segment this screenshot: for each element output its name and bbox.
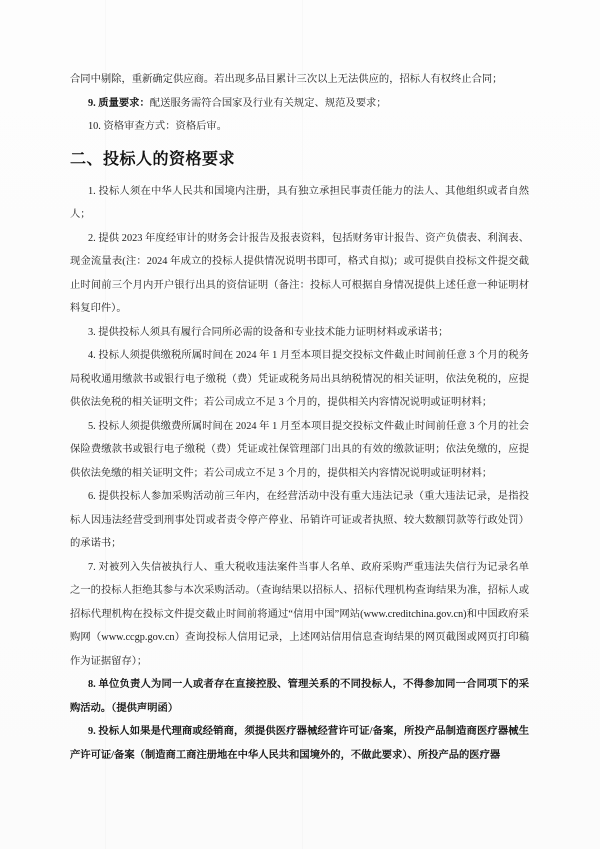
document-page: 合同中剔除，重新确定供应商。若出现多品目累计三次以上无法供应的，招标人有权终止合… bbox=[0, 0, 600, 849]
requirement-item-3: 3. 提供投标人须具有履行合同所必需的设备和专业技术能力证明材料或承诺书； bbox=[70, 321, 529, 345]
section-heading-bidder-qualifications: 二、投标人的资格要求 bbox=[70, 147, 529, 173]
requirement-item-5: 5. 投标人须提供缴费所属时间在 2024 年 1 月至本项目提交投标文件截止时… bbox=[70, 415, 529, 486]
requirement-item-6: 6. 提供投标人参加采购活动前三年内，在经营活动中没有重大违法记录（重大违法记录… bbox=[70, 485, 529, 556]
intro-continuation-paragraph: 合同中剔除，重新确定供应商。若出现多品目累计三次以上无法供应的，招标人有权终止合… bbox=[70, 68, 529, 92]
quality-requirement-paragraph: 9. 质量要求：配送服务需符合国家及行业有关规定、规范及要求； bbox=[70, 92, 529, 116]
requirement-item-4: 4. 投标人须提供缴税所属时间在 2024 年 1 月至本项目提交投标文件截止时… bbox=[70, 344, 529, 415]
requirement-item-7: 7. 对被列入失信被执行人、重大税收违法案件当事人名单、政府采购严重违法失信行为… bbox=[70, 556, 529, 674]
quality-requirement-label: 9. 质量要求： bbox=[88, 98, 150, 109]
qualification-review-paragraph: 10. 资格审查方式：资格后审。 bbox=[70, 115, 529, 139]
requirement-item-8: 8. 单位负责人为同一人或者存在直接控股、管理关系的不同投标人，不得参加同一合同… bbox=[70, 673, 529, 720]
requirement-item-9: 9. 投标人如果是代理商或经销商，须提供医疗器械经营许可证/备案，所投产品制造商… bbox=[70, 720, 529, 767]
quality-requirement-text: 配送服务需符合国家及行业有关规定、规范及要求； bbox=[150, 98, 387, 109]
requirement-item-1: 1. 投标人须在中华人民共和国境内注册，具有独立承担民事责任能力的法人、其他组织… bbox=[70, 180, 529, 227]
requirement-item-2: 2. 提供 2023 年度经审计的财务会计报告及报表资料，包括财务审计报告、资产… bbox=[70, 227, 529, 321]
document-content: 合同中剔除，重新确定供应商。若出现多品目累计三次以上无法供应的，招标人有权终止合… bbox=[70, 68, 529, 767]
